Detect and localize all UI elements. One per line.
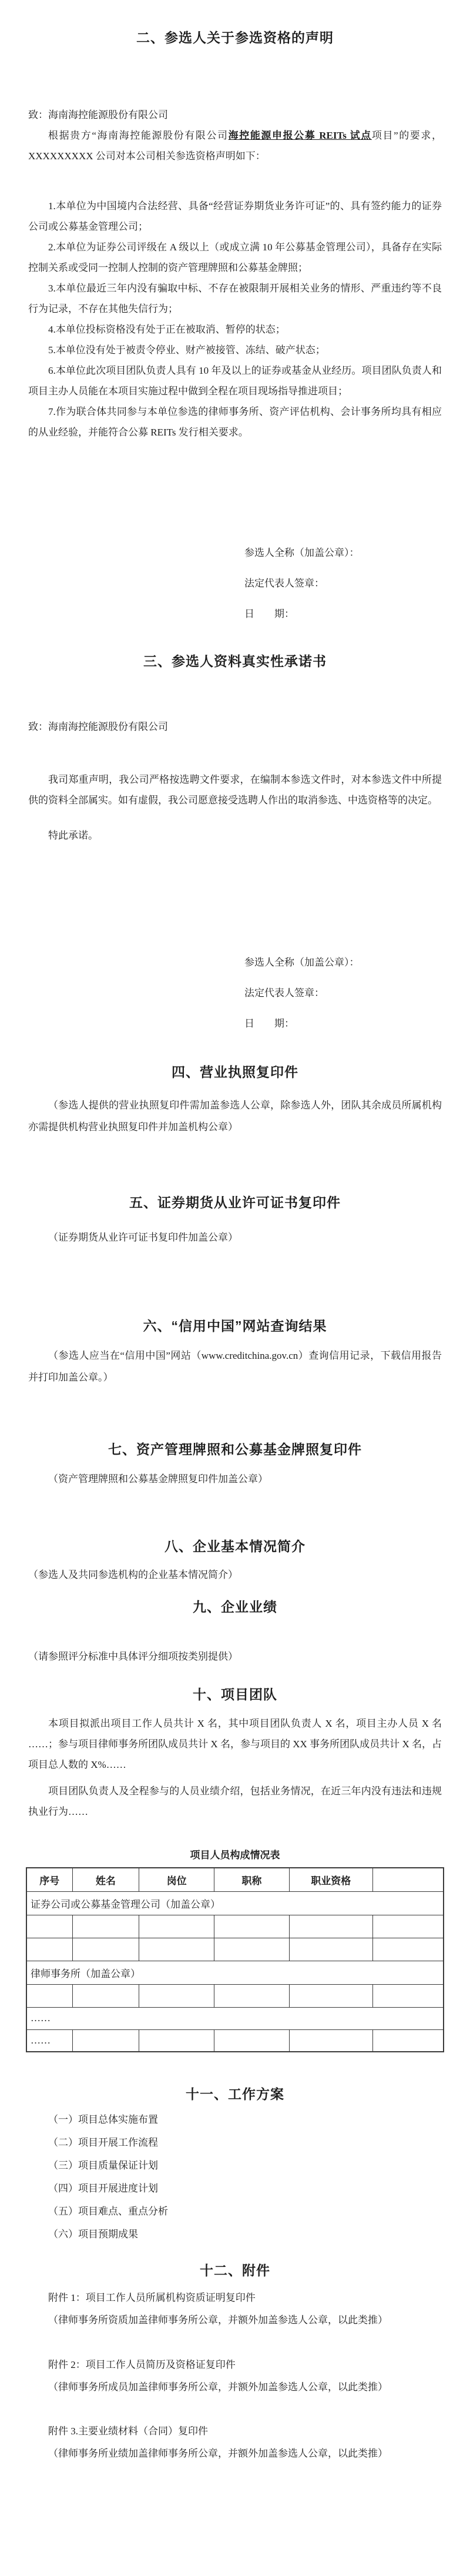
- col-header-name: 姓名: [72, 1868, 139, 1891]
- signature-block: 参选人全称（加盖公章）： 法定代表人签章： 日 期：: [244, 542, 442, 634]
- team-size-paragraph: 本项目拟派出项目工作人员共计 X 名，其中项目团队负责人 X 名，项目主办人员 …: [28, 1713, 442, 1775]
- attachment1-title: 附件 1：项目工作人员所属机构资质证明复印件: [28, 2287, 442, 2308]
- col-header-title: 职称: [214, 1868, 289, 1891]
- col-header-qualification: 职业资格: [289, 1868, 372, 1891]
- table-row: ……: [26, 2029, 444, 2052]
- table-group-row: 律师事务所（加盖公章）: [26, 1961, 444, 1984]
- section7-note: （资产管理牌照和公募基金牌照复印件加盖公章）: [28, 1468, 442, 1490]
- section4-note: （参选人提供的营业执照复印件需加盖参选人公章，除参选人外，团队其余成员所属机构亦…: [28, 1094, 442, 1138]
- section3-addressee: 致：海南海控能源股份有限公司: [28, 716, 442, 737]
- signature-date-label: 日 期：: [244, 604, 442, 634]
- signature-block: 参选人全称（加盖公章）： 法定代表人签章： 日 期：: [244, 952, 442, 1044]
- section6-note: （参选人应当在“信用中国”网站（www.creditchina.gov.cn）查…: [28, 1345, 442, 1388]
- qualification-item-6: 6.本单位此次项目团队负责人具有 10 年及以上的证券或基金从业经历。项目团队负…: [28, 360, 442, 401]
- section3-promise-line: 特此承诺。: [28, 825, 442, 846]
- qualification-items: 1.本单位为中国境内合法经营、具备“经营证券期货业务许可证”的、具有签约能力的证…: [28, 196, 442, 443]
- section2-intro-paragraph: 根据贵方“海南海控能源股份有限公司海控能源申报公募 REITs 试点项目”的要求…: [28, 125, 442, 166]
- section2-addressee: 致：海南海控能源股份有限公司: [28, 105, 442, 125]
- section8-note: （参选人及共同参选机构的企业基本情况简介）: [28, 1564, 442, 1586]
- qualification-item-4: 4.本单位投标资格没有处于正在被取消、暂停的状态；: [28, 319, 442, 340]
- section8-title: 八、企业基本情况简介: [28, 1537, 442, 1556]
- work-plan-item-1: （一）项目总体实施布置: [28, 2108, 442, 2131]
- table-group-row: 证券公司或公募基金管理公司（加盖公章）: [26, 1891, 444, 1915]
- table-row: [26, 1984, 444, 2007]
- section7-title: 七、资产管理牌照和公募基金牌照复印件: [28, 1440, 442, 1459]
- team-experience-paragraph: 项目团队负责人及全程参与的人员业绩介绍，包括业务情况，在近三年内没有违法和违规执…: [28, 1781, 442, 1822]
- section10-title: 十、项目团队: [28, 1685, 442, 1704]
- qualification-item-5: 5.本单位没有处于被责令停业、财产被接管、冻结、破产状态；: [28, 340, 442, 360]
- signature-legal-rep-label: 法定代表人签章：: [244, 983, 442, 1013]
- section2-title: 二、参选人关于参选资格的声明: [28, 28, 442, 47]
- signature-name-label: 参选人全称（加盖公章）：: [244, 542, 442, 573]
- team-composition-table: 序号 姓名 岗位 职称 职业资格 证券公司或公募基金管理公司（加盖公章） 律师事…: [26, 1867, 444, 2052]
- col-header-position: 岗位: [139, 1868, 214, 1891]
- work-plan-item-2: （二）项目开展工作流程: [28, 2131, 442, 2154]
- signature-legal-rep-label: 法定代表人签章：: [244, 573, 442, 604]
- table-row: [26, 1915, 444, 1938]
- qualification-item-3: 3.本单位最近三年内没有骗取中标、不存在被限制开展相关业务的情形、严重违约等不良…: [28, 278, 442, 319]
- work-plan-item-4: （四）项目开展进度计划: [28, 2177, 442, 2200]
- section9-title: 九、企业业绩: [28, 1597, 442, 1616]
- team-table-caption: 项目人员构成情况表: [28, 1848, 442, 1863]
- intro-prefix: 根据贵方“海南海控能源股份有限公司: [48, 130, 229, 141]
- qualification-item-7: 7.作为联合体共同参与本单位参选的律师事务所、资产评估机构、会计事务所均具有相应…: [28, 401, 442, 443]
- section4-title: 四、营业执照复印件: [28, 1063, 442, 1081]
- attachment3-note: （律师事务所业绩加盖律师事务所公章，并额外加盖参选人公章，以此类推）: [28, 2441, 442, 2466]
- section5-title: 五、证券期货从业许可证书复印件: [28, 1193, 442, 1212]
- document-page: 二、参选人关于参选资格的声明 致：海南海控能源股份有限公司 根据贵方“海南海控能…: [0, 28, 470, 2466]
- section3-body-paragraph: 我司郑重声明，我公司严格按选聘文件要求，在编制本参选文件时，对本参选文件中所提供…: [28, 769, 442, 810]
- qualification-item-1: 1.本单位为中国境内合法经营、具备“经营证券期货业务许可证”的、具有签约能力的证…: [28, 196, 442, 237]
- col-header-index: 序号: [26, 1868, 72, 1891]
- attachment2-note: （律师事务所成员加盖律师事务所公章，并额外加盖参选人公章，以此类推）: [28, 2375, 442, 2400]
- work-plan-list: （一）项目总体实施布置 （二）项目开展工作流程 （三）项目质量保证计划 （四）项…: [28, 2108, 442, 2246]
- section3-title: 三、参选人资料真实性承诺书: [28, 652, 442, 671]
- section6-title: 六、“信用中国”网站查询结果: [28, 1317, 442, 1335]
- intro-suffix: 项目”: [372, 130, 398, 141]
- qualification-item-2: 2.本单位为证券公司评级在 A 级以上（或成立满 10 年公募基金管理公司），具…: [28, 237, 442, 278]
- section12-title: 十二、附件: [28, 2261, 442, 2280]
- work-plan-item-5: （五）项目难点、重点分析: [28, 2200, 442, 2223]
- attachment3-title: 附件 3.主要业绩材料（合同）复印件: [28, 2421, 442, 2441]
- section5-note: （证券期货从业许可证书复印件加盖公章）: [28, 1227, 442, 1248]
- group-label-law-firm: 律师事务所（加盖公章）: [26, 1961, 444, 1984]
- table-row: [26, 1938, 444, 1961]
- signature-name-label: 参选人全称（加盖公章）：: [244, 952, 442, 983]
- project-name-emphasis: 海控能源申报公募 REITs 试点: [229, 130, 372, 141]
- section11-title: 十一、工作方案: [28, 2085, 442, 2103]
- cell-ellipsis: ……: [26, 2029, 72, 2052]
- attachment2-title: 附件 2：项目工作人员简历及资格证复印件: [28, 2354, 442, 2375]
- group-label-securities-company: 证券公司或公募基金管理公司（加盖公章）: [26, 1891, 444, 1915]
- work-plan-item-6: （六）项目预期成果: [28, 2223, 442, 2246]
- group-label-ellipsis: ……: [26, 2007, 444, 2029]
- table-header-row: 序号 姓名 岗位 职称 职业资格: [26, 1868, 444, 1891]
- col-header-blank: [372, 1868, 444, 1891]
- attachment1-note: （律师事务所资质加盖律师事务所公章，并额外加盖参选人公章，以此类推）: [28, 2308, 442, 2333]
- section9-note: （请参照评分标准中具体评分细项按类别提供）: [28, 1646, 442, 1667]
- signature-date-label: 日 期：: [244, 1013, 442, 1044]
- table-group-row: ……: [26, 2007, 444, 2029]
- work-plan-item-3: （三）项目质量保证计划: [28, 2154, 442, 2177]
